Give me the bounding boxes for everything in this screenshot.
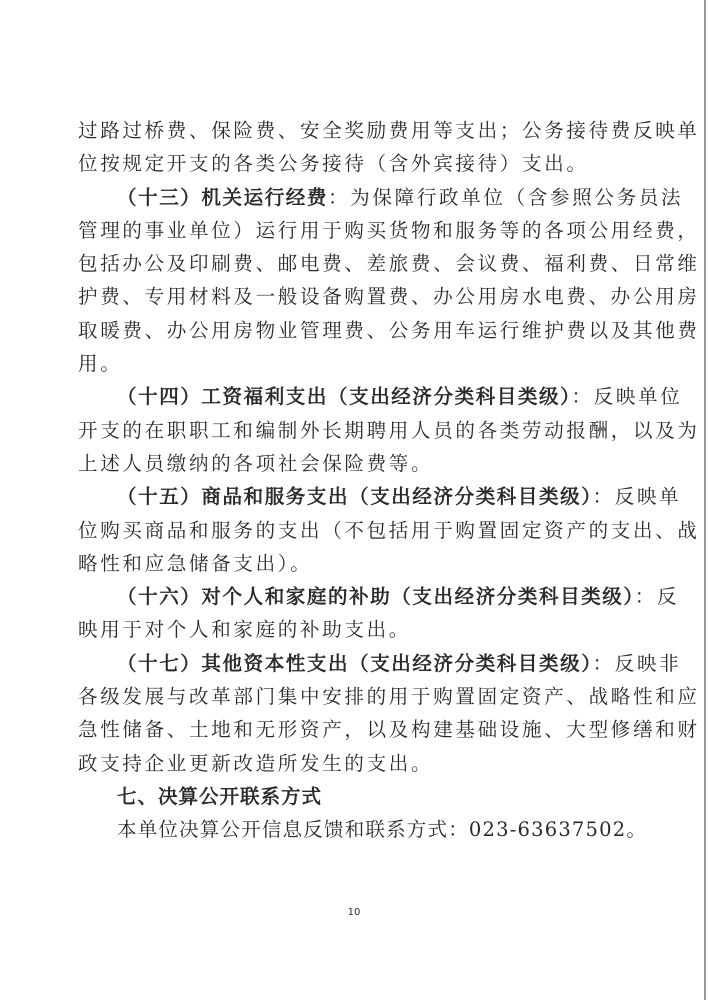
paragraph-line: 开支的在职职工和编制外长期聘用人员的各类劳动报酬，以及为 [78,414,638,447]
section-13-first-line: （十三）机关运行经费：为保障行政单位（含参照公务员法 [78,181,638,214]
section-14-label: （十四）工资福利支出（支出经济分类科目类级） [117,385,571,408]
contact-line: 本单位决算公开信息反馈和联系方式：023-63637502。 [78,813,638,846]
section-14-text: ：反映单位 [571,385,682,408]
section-17-label: （十七）其他资本性支出（支出经济分类科目类级） [117,652,593,675]
section-13-text: ：为保障行政单位（含参照公务员法 [328,186,683,209]
paragraph-line: 各级发展与改革部门集中安排的用于购置固定资产、战略性和应 [78,680,638,713]
page-edge-border [704,0,706,1000]
section-16-label: （十六）对个人和家庭的补助（支出经济分类科目类级） [117,585,635,608]
page-number: 10 [0,907,708,918]
section-15-text: ：反映单 [593,485,682,508]
section-13-label: （十三）机关运行经费 [117,186,328,209]
paragraph-line: 管理的事业单位）运行用于购买货物和服务等的各项公用经费， [78,214,638,247]
document-body: 过路过桥费、保险费、安全奖励费用等支出；公务接待费反映单 位按规定开支的各类公务… [78,114,638,847]
paragraph-line: 护费、专用材料及一般设备购置费、办公用房水电费、办公用房 [78,280,638,313]
paragraph-line: 位购买商品和服务的支出（不包括用于购置固定资产的支出、战 [78,514,638,547]
paragraph-line: 政支持企业更新改造所发生的支出。 [78,747,638,780]
section-heading: 七、决算公开联系方式 [78,780,638,813]
section-14-first-line: （十四）工资福利支出（支出经济分类科目类级）：反映单位 [78,380,638,413]
paragraph-line: 映用于对个人和家庭的补助支出。 [78,613,638,646]
section-15-label: （十五）商品和服务支出（支出经济分类科目类级） [117,485,593,508]
paragraph-line: 急性储备、土地和无形资产，以及构建基础设施、大型修缮和财 [78,713,638,746]
paragraph-line: 过路过桥费、保险费、安全奖励费用等支出；公务接待费反映单 [78,114,638,147]
paragraph-line: 略性和应急储备支出）。 [78,547,638,580]
paragraph-line: 包括办公及印刷费、邮电费、差旅费、会议费、福利费、日常维 [78,247,638,280]
paragraph-line: 上述人员缴纳的各项社会保险费等。 [78,447,638,480]
document-page: 过路过桥费、保险费、安全奖励费用等支出；公务接待费反映单 位按规定开支的各类公务… [0,0,708,1000]
section-17-text: ：反映非 [593,652,682,675]
section-15-first-line: （十五）商品和服务支出（支出经济分类科目类级）：反映单 [78,480,638,513]
section-16-first-line: （十六）对个人和家庭的补助（支出经济分类科目类级）：反 [78,580,638,613]
section-17-first-line: （十七）其他资本性支出（支出经济分类科目类级）：反映非 [78,647,638,680]
paragraph-line: 取暖费、办公用房物业管理费、公务用车运行维护费以及其他费 [78,314,638,347]
paragraph-line: 位按规定开支的各类公务接待（含外宾接待）支出。 [78,147,638,180]
section-16-text: ：反 [635,585,679,608]
paragraph-line: 用。 [78,347,638,380]
